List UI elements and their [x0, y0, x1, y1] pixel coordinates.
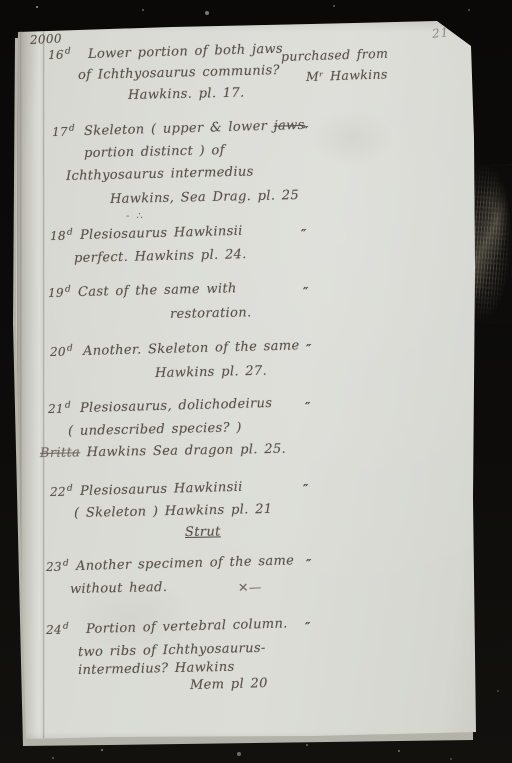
entry-number-suffix: d: [67, 484, 73, 494]
ditto-mark: ″: [301, 227, 307, 241]
entry-line: intermedius? Hawkins: [78, 660, 235, 678]
entry-line: Skeleton ( upper & lower jaws: [84, 118, 305, 139]
annotation-mark: - ∴: [126, 211, 144, 222]
entry-number-suffix: d: [65, 47, 71, 57]
entry-line: ( undescribed species? ): [68, 420, 242, 439]
entry-number: 18d: [50, 228, 73, 243]
entry-number-suffix: d: [65, 285, 71, 295]
entry-number: 19d: [48, 285, 71, 300]
entry-number: 16d: [48, 47, 71, 62]
entry-line: restoration.: [170, 305, 252, 322]
struck-word: jaws: [273, 118, 304, 134]
register-year-number: 2000: [30, 31, 63, 47]
plate-reference: perfect. Hawkins pl. 24.: [74, 247, 247, 266]
ditto-mark: ″: [305, 620, 311, 634]
entry-number: 17d: [52, 124, 75, 139]
entry-line: Portion of vertebral column.: [86, 616, 288, 637]
ditto-mark: ″: [306, 557, 312, 571]
entry-number: 24d: [46, 622, 69, 637]
ditto-mark: ″: [303, 124, 309, 138]
entry-number: 23d: [46, 559, 69, 574]
acquisition-note-line: Mʳ Hawkins: [306, 66, 388, 84]
entry-line: Plesiosaurus Hawkinsii: [80, 480, 243, 499]
entry-number-suffix: d: [63, 622, 69, 632]
entry-line: Plesiosaurus Hawkinsii: [80, 224, 243, 243]
entry-line: Another. Skeleton of the same: [83, 338, 300, 359]
entry-line: two ribs of Ichthyosaurus-: [78, 641, 266, 660]
underlined-word: Strut: [185, 524, 221, 540]
plate-reference: ( Skeleton ) Hawkins pl. 21: [74, 502, 273, 521]
plate-reference: Hawkins, Sea Drag. pl. 25: [110, 188, 299, 207]
handwriting-layer: 2000 16d Lower portion of both jaws of I…: [0, 0, 512, 763]
entry-line: without head.: [70, 580, 168, 597]
entry-number-suffix: d: [67, 228, 73, 238]
ditto-mark: ″: [305, 400, 311, 414]
ditto-mark: ″: [303, 482, 309, 496]
acquisition-note-line: purchased from: [281, 46, 389, 64]
ditto-mark: ″: [306, 342, 312, 356]
entry-number: 20d: [50, 344, 73, 359]
entry-number: 21d: [48, 401, 71, 416]
entry-line: Lower portion of both jaws: [88, 42, 283, 62]
entry-line: Another specimen of the same: [76, 553, 295, 574]
entry-line: of Ichthyosaurus communis?: [78, 63, 280, 83]
entry-line: Ichthyosaurus intermedius: [66, 164, 254, 184]
struck-word: Britta: [40, 445, 80, 461]
entry-number: 22d: [50, 484, 73, 499]
entry-number-suffix: d: [63, 559, 69, 569]
entry-number-suffix: d: [65, 401, 71, 411]
plate-reference: Hawkins. pl. 17.: [128, 86, 245, 103]
entry-number-suffix: d: [67, 344, 73, 354]
register-photo: 21 2000 16d Lower portion of both jaws o…: [0, 0, 512, 763]
plate-reference: Hawkins pl. 27.: [155, 364, 267, 381]
entry-line: Plesiosaurus, dolichodeirus: [80, 396, 273, 416]
entry-number-suffix: d: [69, 124, 75, 134]
annotation-mark: ✕—: [238, 579, 262, 595]
entry-line: portion distinct ) of: [84, 143, 225, 161]
ditto-mark: ″: [303, 285, 309, 299]
entry-line: Cast of the same with: [78, 281, 237, 300]
plate-reference: Mem pl 20: [190, 676, 268, 693]
entry-line: Britta Hawkins Sea dragon pl. 25.: [40, 442, 286, 461]
